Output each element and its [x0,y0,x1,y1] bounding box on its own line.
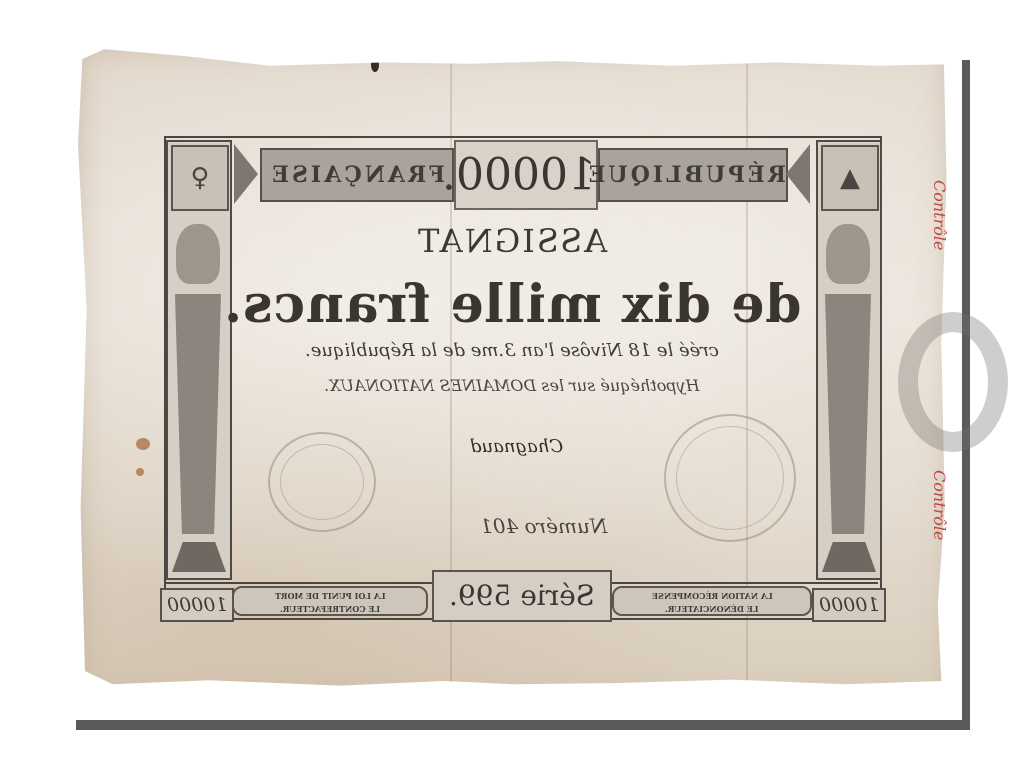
corner-value-left: 10000 [160,588,234,622]
denomination: de dix mille francs. [0,274,1024,335]
liberty-emblem-icon: ♀ [171,145,229,211]
creation-line: créé le 18 Nivôse l'an 3.me de la Républ… [0,340,1024,361]
numero: Numéro 401 [480,514,607,538]
triangle-emblem-icon: ▲ [821,145,879,211]
band-text-republique: RÉPUBLIQUE [600,162,786,188]
corner-value-right: 10000 [812,588,886,622]
dry-seal-left [268,432,376,532]
signature: Chagnaud [470,436,563,457]
band-arrow [786,144,810,204]
band-value: 10000. [456,150,596,201]
band-left: FRANÇAISE [260,148,454,202]
band-text-francaise: FRANÇAISE [262,162,452,188]
motto-left: LA LOI PUNIT DE MORT LE CONTREFACTEUR. [232,586,428,616]
band-right: RÉPUBLIQUE [598,148,788,202]
stain-spot [136,438,150,450]
band-arrow [234,144,258,204]
band-value-box: 10000. [454,140,598,210]
heading-assignat: ASSIGNAT [0,222,1024,260]
serie: Série 599. [432,570,612,622]
pillar-base [822,542,876,572]
dry-seal-right [664,414,796,542]
mortgage-line: Hypothéqué sur les DOMAINES NATIONAUX. [0,376,1024,395]
pillar-base [172,542,226,572]
top-band: FRANÇAISE 10000. RÉPUBLIQUE [234,140,810,208]
red-stamp: Contrôle [930,470,949,540]
motto-right: LA NATION RÉCOMPENSE LE DÉNONCIATEUR. [612,586,812,616]
stain-spot [136,468,144,476]
